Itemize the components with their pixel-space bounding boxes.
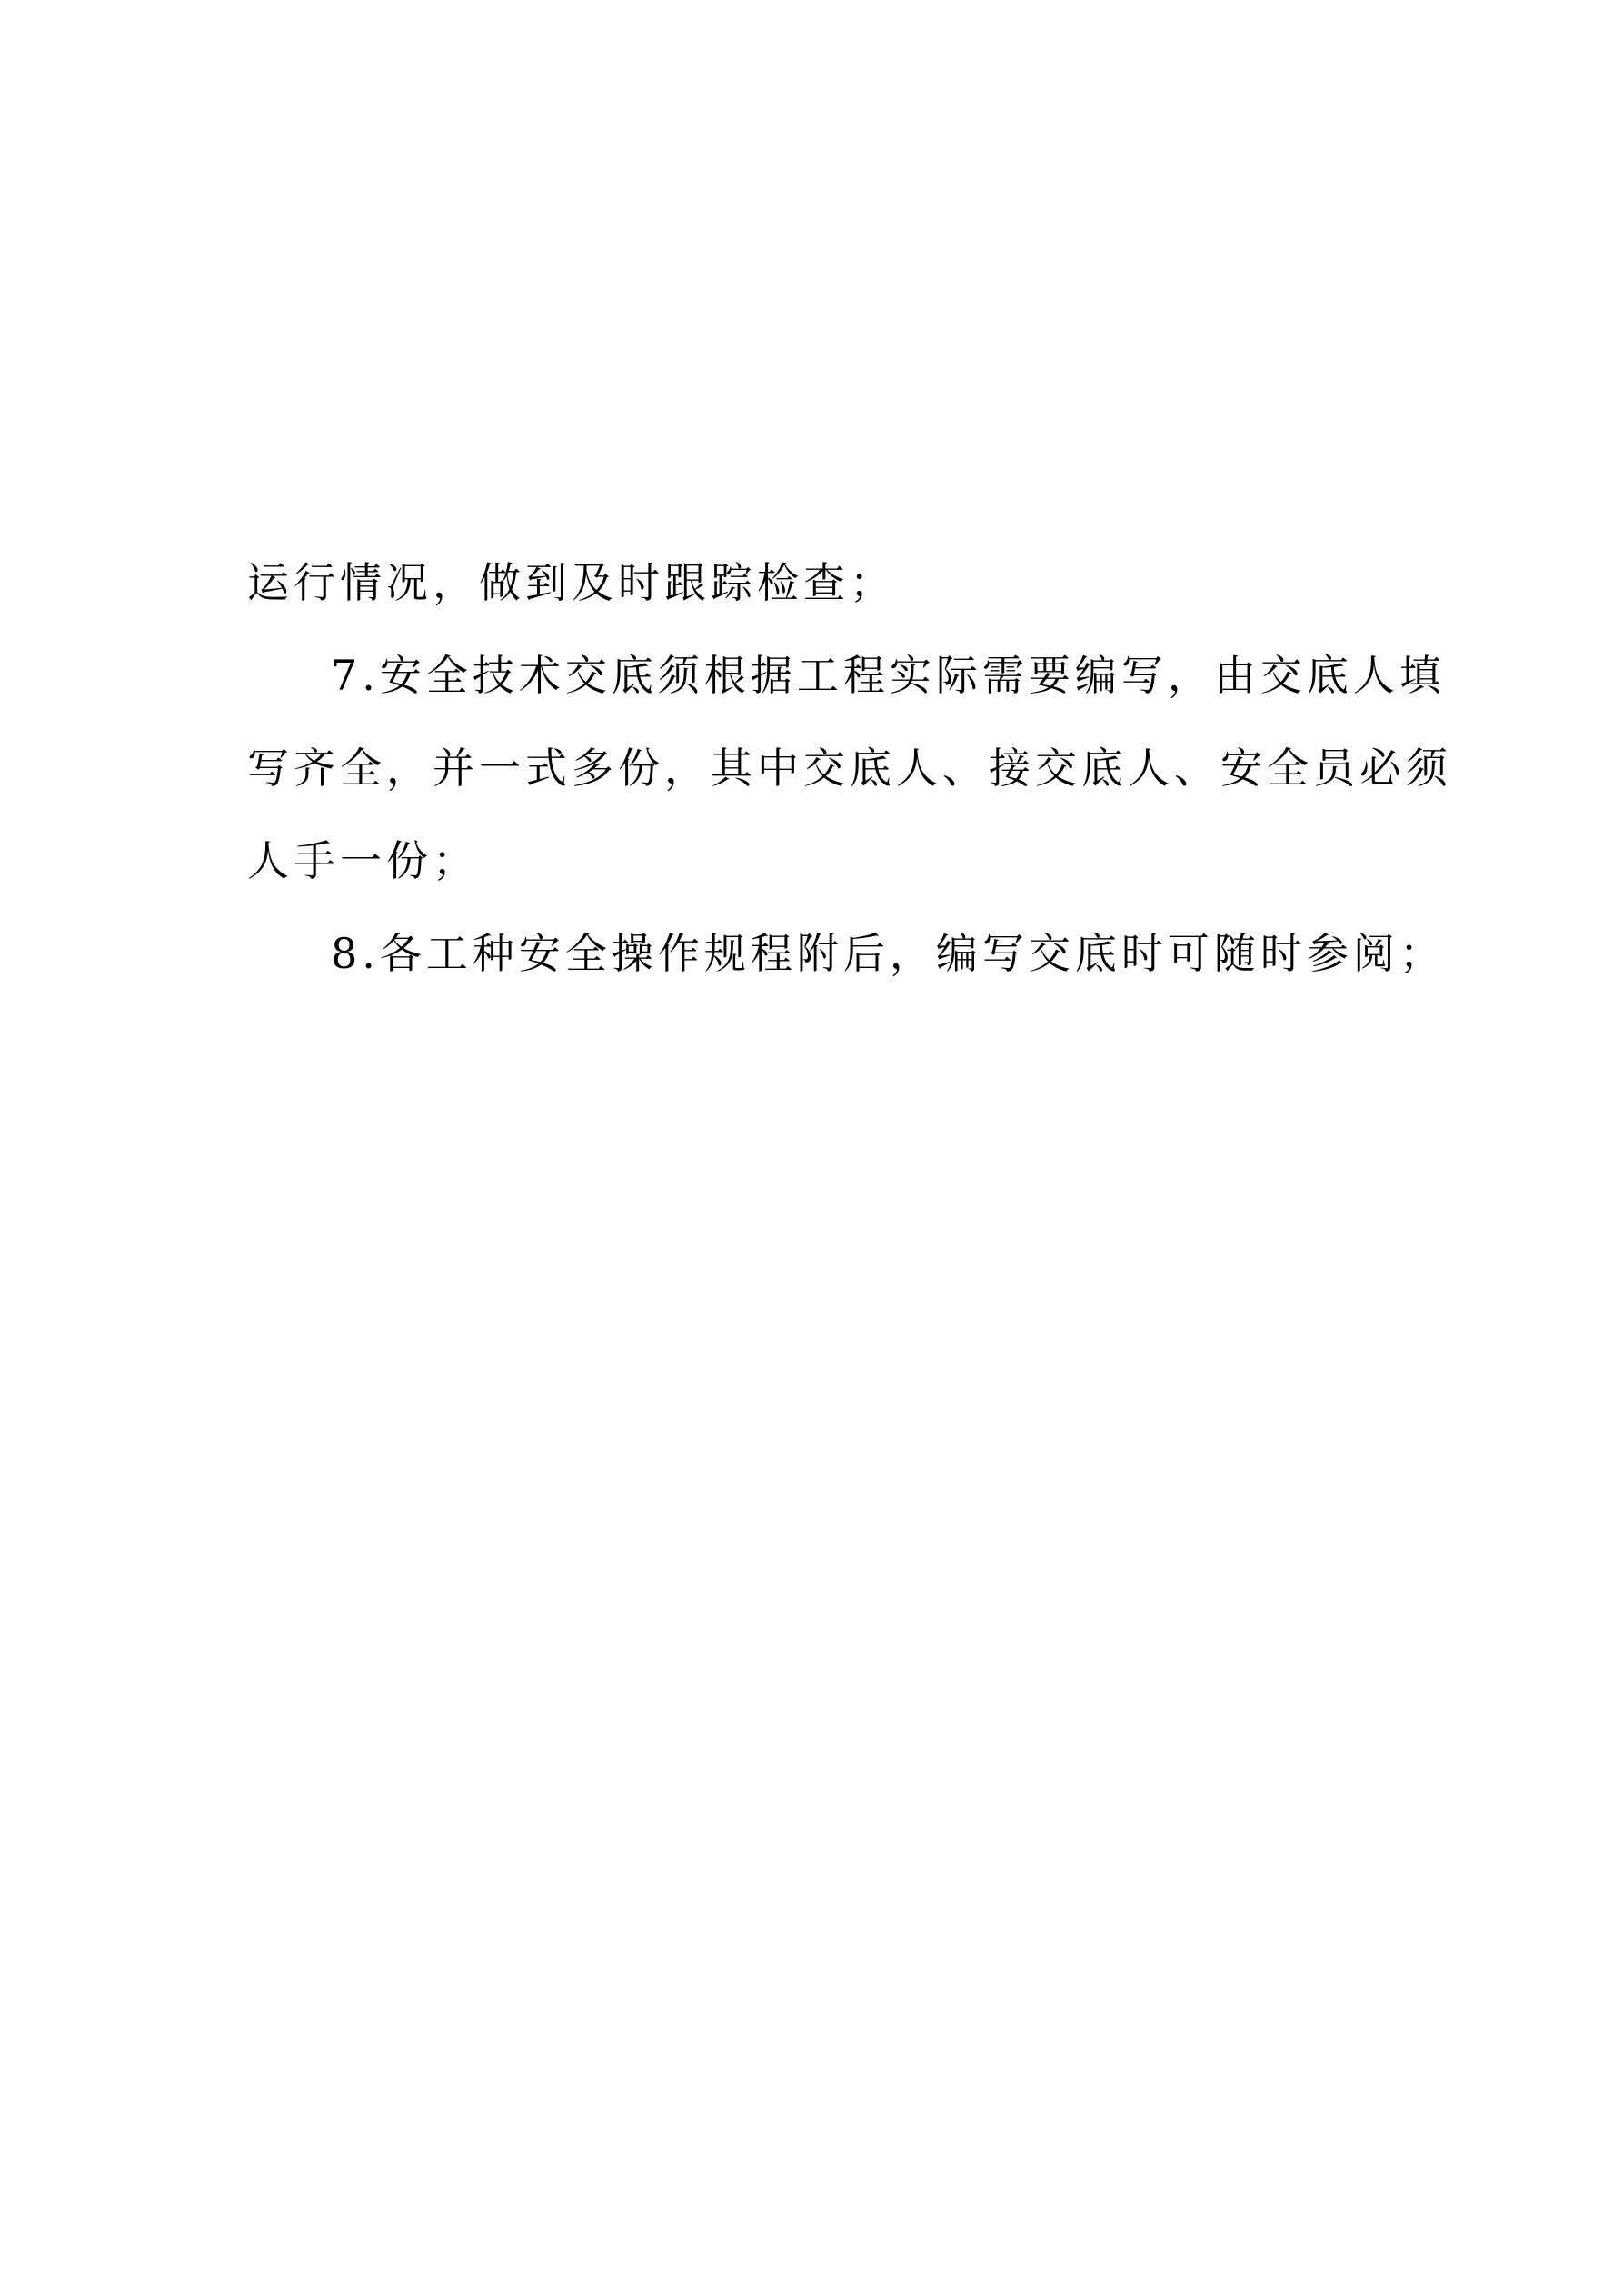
document-page: 运行情况，做到及时跟踪检查； 7.安全技术交底须根据工程实际需要编写，由交底人填…	[0, 0, 1623, 2296]
paragraph-8-line-1: 8.各工种安全操作规程附后，编写交底时可随时参阅；	[247, 927, 1383, 1020]
paragraph-7-line-2: 写齐全，并一式多份，其中交底人、接交底人、安全员必须	[247, 742, 1383, 834]
paragraph-7-line-3: 人手一份；	[247, 834, 1383, 927]
paragraph-7-line-1: 7.安全技术交底须根据工程实际需要编写，由交底人填	[247, 649, 1383, 742]
paragraph-6-continuation: 运行情况，做到及时跟踪检查；	[247, 556, 1383, 649]
document-body: 运行情况，做到及时跟踪检查； 7.安全技术交底须根据工程实际需要编写，由交底人填…	[247, 556, 1383, 1020]
